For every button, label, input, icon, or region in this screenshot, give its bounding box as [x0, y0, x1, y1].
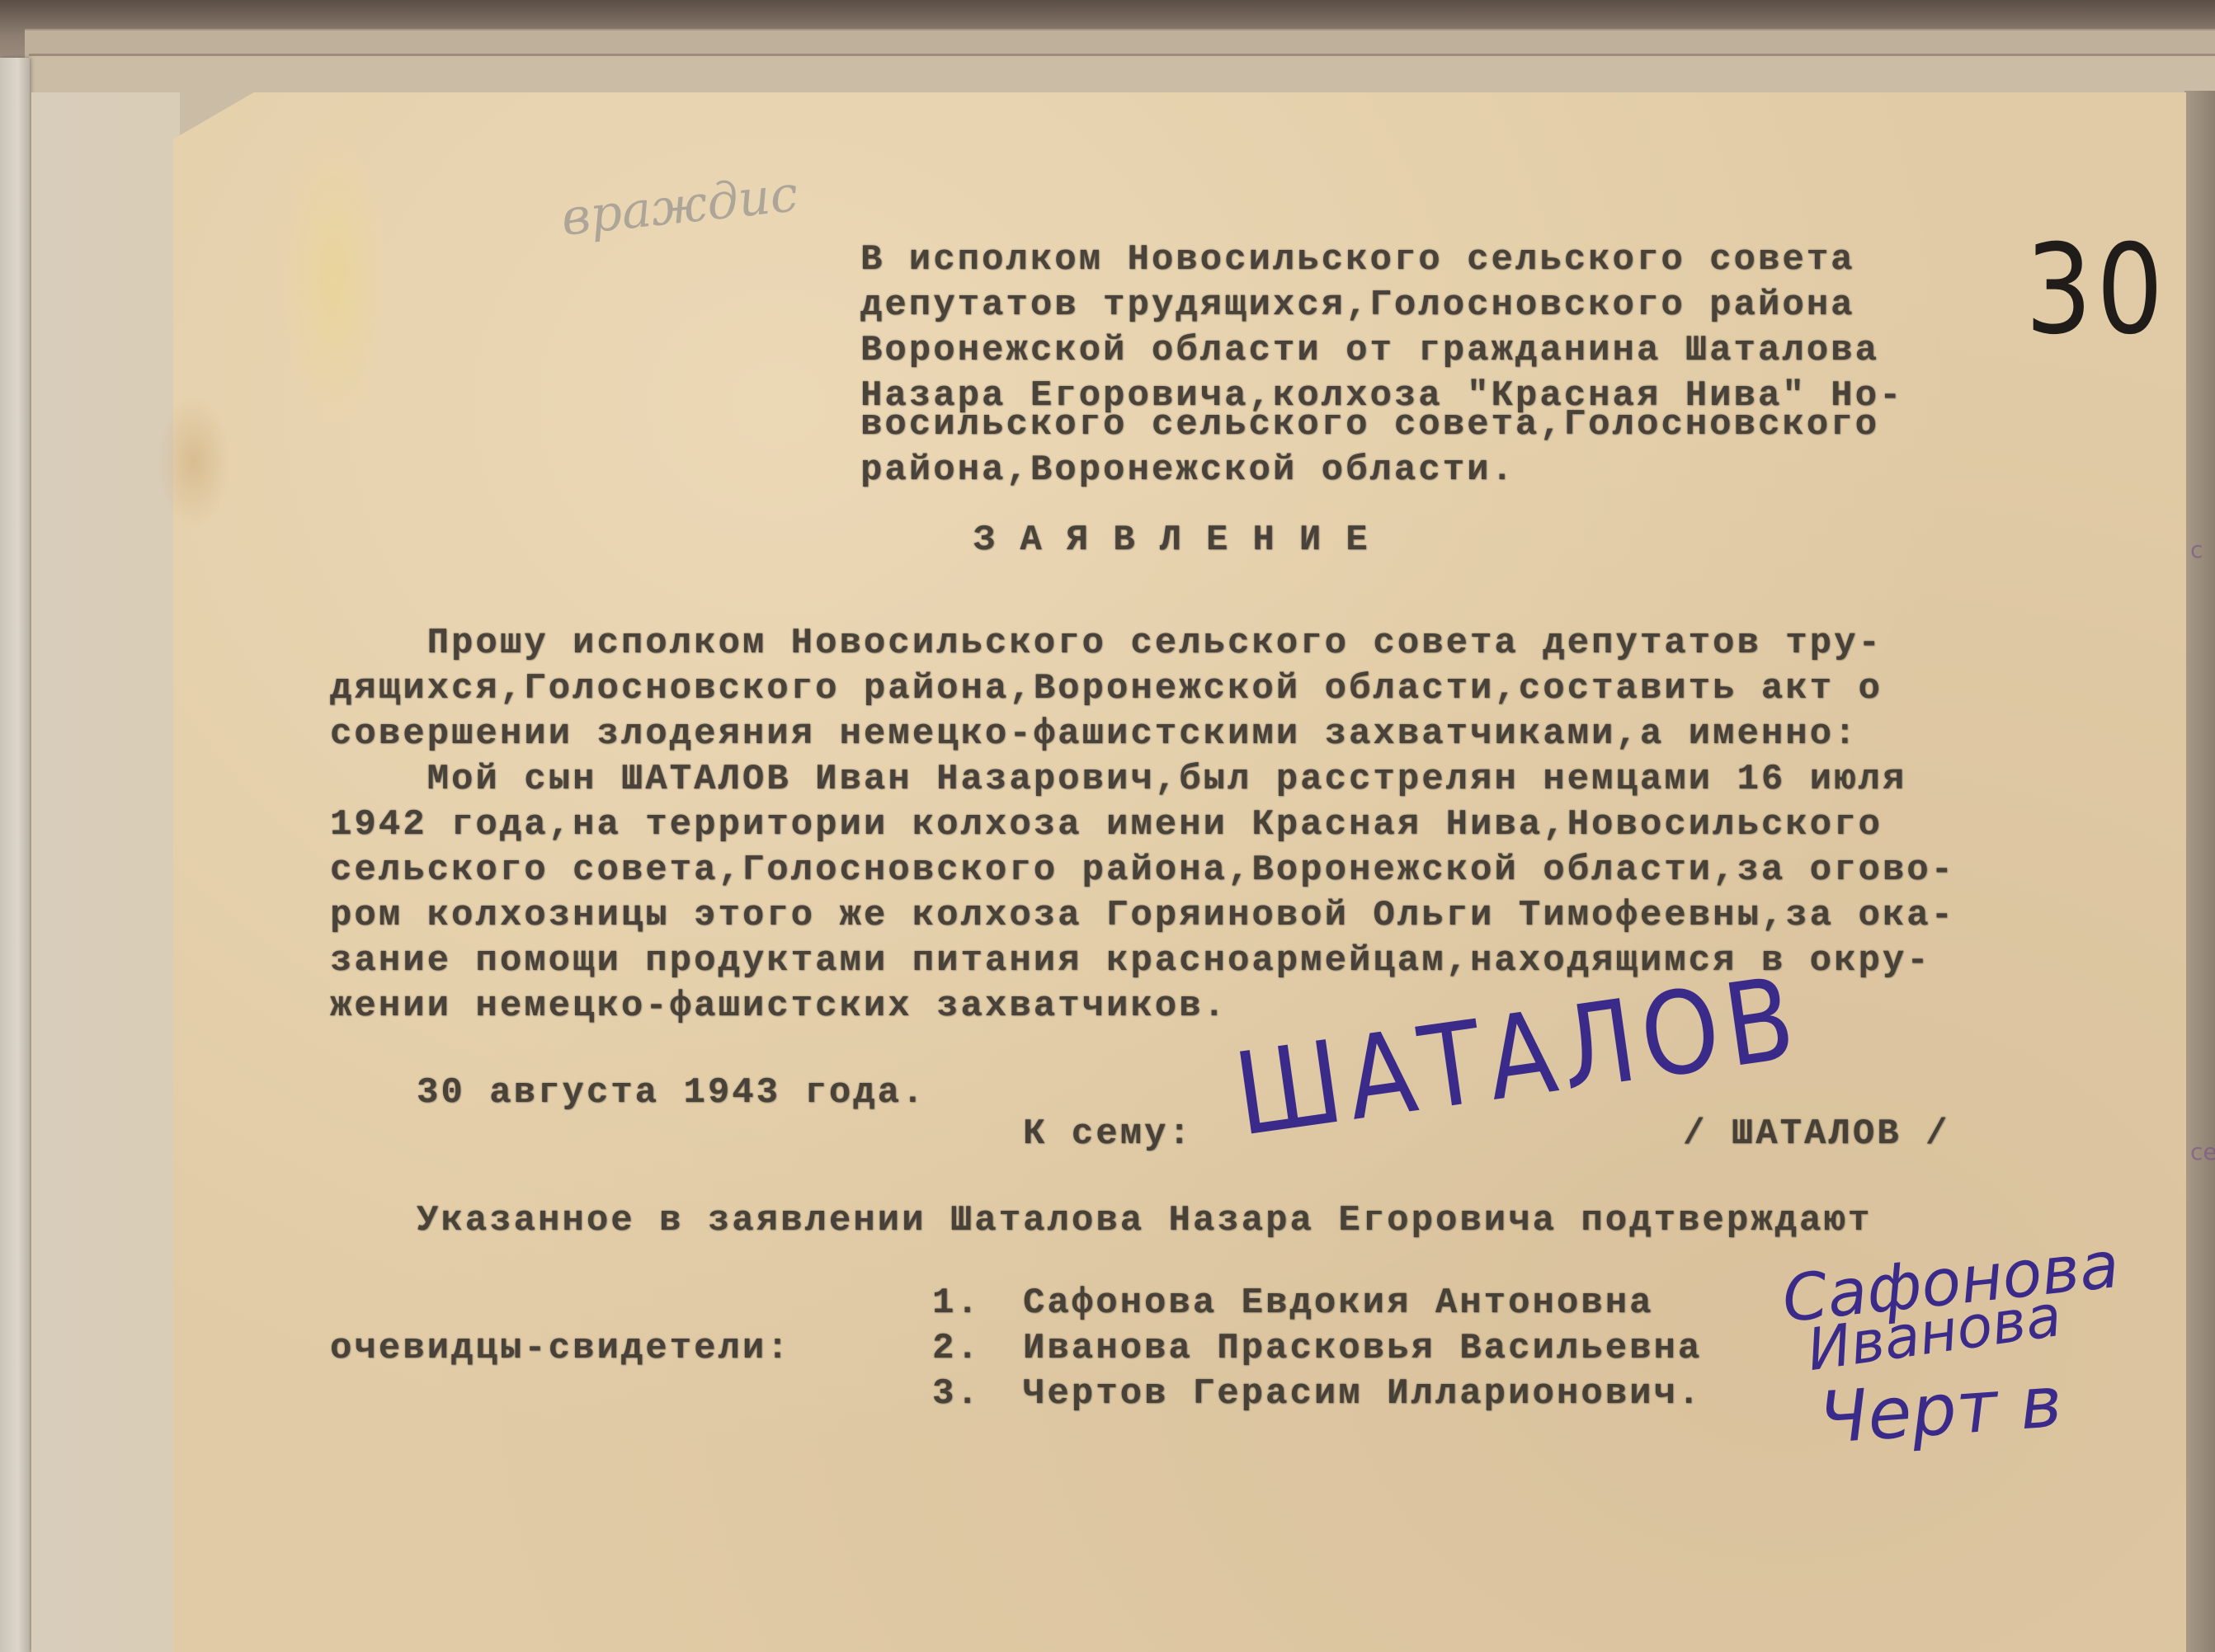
archive-page-number: 30 [2025, 219, 2167, 362]
body-line: 1942 года,на территории колхоза имени Кр… [330, 804, 1883, 845]
paper-stain [280, 132, 388, 429]
address-line: депутатов трудящихся,Голосновского район… [860, 285, 1855, 326]
bleed-through-mark: ce [2190, 1138, 2215, 1165]
tissue-paper-overlay [31, 92, 180, 1652]
body-line: совершении злодеяния немецко-фашистскими… [330, 713, 1858, 755]
witnesses-label: очевидцы-свидетели: [330, 1328, 791, 1369]
tissue-paper-edge [0, 58, 30, 1652]
body-line: ром колхозницы этого же колхоза Горяинов… [330, 895, 1955, 936]
signature-label: К сему: [1023, 1113, 1193, 1155]
adjacent-sheet-edge [2184, 91, 2215, 1652]
witness-number: 2. [932, 1328, 981, 1369]
address-line: В исполком Новосильского сельского совет… [860, 239, 1855, 280]
typed-signatory-name: / ШАТАЛОВ / [1683, 1113, 1949, 1155]
body-line: жении немецко-фашистских захватчиков. [330, 986, 1228, 1027]
witness-name: Иванова Прасковья Васильевна [1023, 1328, 1702, 1369]
bleed-through-mark: c [2190, 536, 2203, 563]
body-line: дящихся,Голосновского района,Воронежской… [330, 668, 1883, 709]
address-line: района,Воронежской области. [860, 449, 1515, 491]
body-line: Прошу исполком Новосильского сельского с… [330, 623, 1883, 664]
witness-number: 1. [932, 1283, 981, 1324]
witness-name: Чертов Герасим Илларионович. [1023, 1373, 1702, 1414]
witness-name: Сафонова Евдокия Антоновна [1023, 1283, 1654, 1324]
body-line: Мой сын ШАТАЛОВ Иван Назарович,был расст… [330, 759, 1906, 800]
statement-date: 30 августа 1943 года. [417, 1072, 926, 1113]
witness-signature: Черт в [1817, 1361, 2065, 1460]
document-title: ЗАЯВЛЕНИЕ [973, 520, 1393, 561]
confirmation-line: Указанное в заявлении Шаталова Назара Ег… [417, 1200, 1872, 1241]
body-line: сельского совета,Голосновского района,Во… [330, 850, 1955, 891]
address-line: восильского сельского совета,Голосновско… [860, 404, 1879, 445]
paper-stain [157, 396, 231, 528]
address-line: Воронежской области от гражданина Шатало… [860, 330, 1879, 371]
witness-number: 3. [932, 1373, 981, 1414]
